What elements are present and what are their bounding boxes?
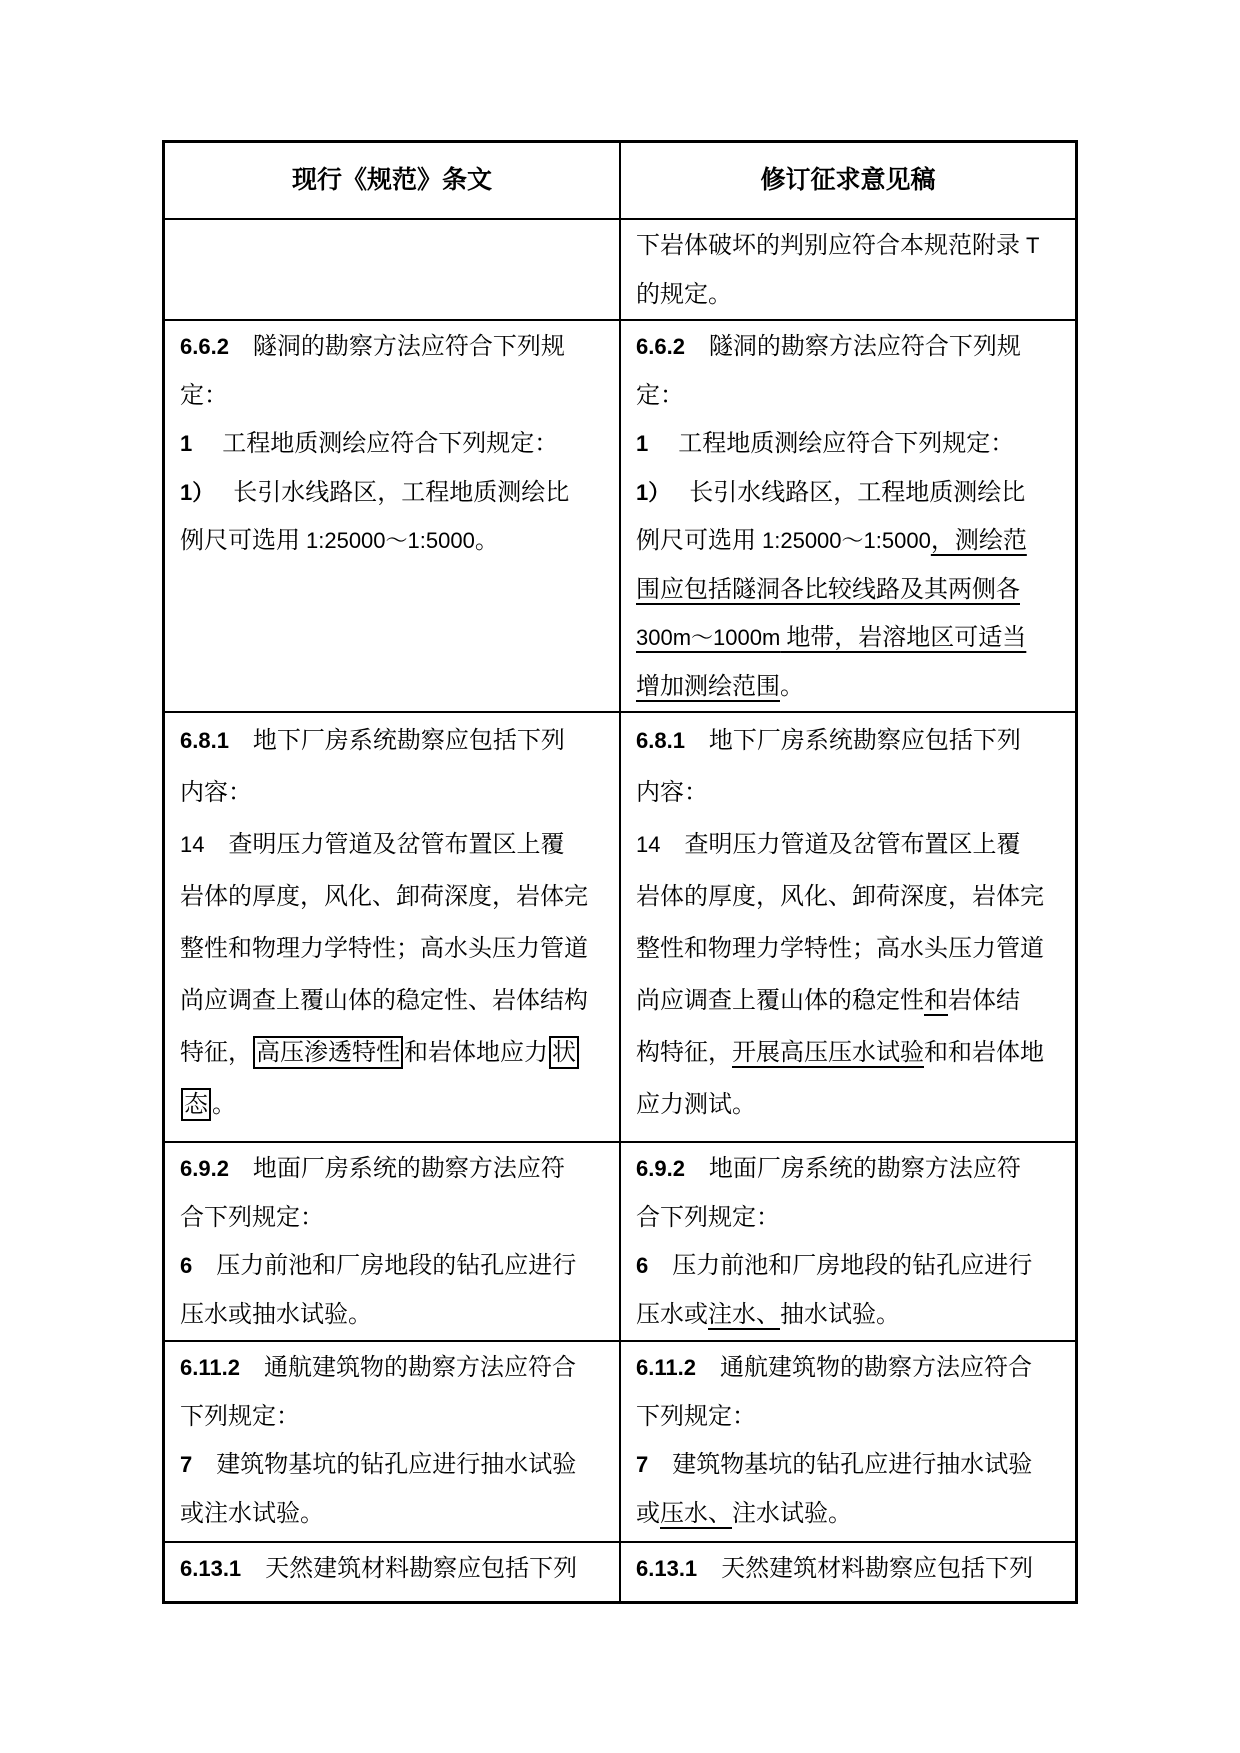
text-segment: 工程地质测绘应符合下列规定： (648, 431, 1014, 457)
comparison-table: 现行《规范》条文 修订征求意见稿 下岩体破坏的判别应符合本规范附录 T的规定。6… (162, 140, 1078, 1604)
text-segment: 整性和物理力学特性；高水头压力管道 (636, 936, 1044, 962)
text-segment: 6.6.2 (180, 334, 229, 359)
text-segment: 压力前池和厂房地段的钻孔应进行 (648, 1253, 1032, 1279)
text-segment: 内容： (636, 780, 708, 806)
text-segment: 查明压力管道及岔管布置区上覆 (204, 832, 564, 858)
text-segment: 14 (636, 832, 660, 857)
text-segment: 地下厂房系统勘察应包括下列 (685, 728, 1021, 754)
text-line: 应力测试。 (636, 1079, 1063, 1131)
text-segment: 压力前池和厂房地段的钻孔应进行 (192, 1253, 576, 1279)
text-line: 14 查明压力管道及岔管布置区上覆 (636, 819, 1063, 871)
text-segment: 工程地质测绘应符合下列规定： (192, 431, 558, 457)
text-segment: 长引水线路区，工程地质测绘比 (203, 480, 569, 506)
underlined-insertion: ，测绘范 (931, 528, 1027, 554)
text-segment: 6 (180, 1253, 192, 1278)
text-segment: 岩体的厚度，风化、卸荷深度，岩体完 (180, 884, 588, 910)
text-line: 定： (180, 372, 607, 421)
text-segment: 7 (180, 1452, 192, 1477)
cell-left (165, 220, 619, 319)
text-line: 300m～1000m 地带，岩溶地区可适当 (636, 614, 1063, 663)
text-segment: 和岩体地应力 (404, 1040, 548, 1066)
table-row: 6.13.1 天然建筑材料勘察应包括下列6.13.1 天然建筑材料勘察应包括下列 (165, 1541, 1075, 1601)
text-segment: 整性和物理力学特性；高水头压力管道 (180, 936, 588, 962)
text-segment: 1:25000～1:5000 (306, 528, 475, 553)
text-line: 岩体的厚度，风化、卸荷深度，岩体完 (636, 871, 1063, 923)
text-line: 7 建筑物基坑的钻孔应进行抽水试验 (636, 1441, 1063, 1490)
cell-left: 6.6.2 隧洞的勘察方法应符合下列规定：1 工程地质测绘应符合下列规定：1） … (165, 321, 619, 711)
text-line: 1 工程地质测绘应符合下列规定： (636, 420, 1063, 469)
text-segment: 1 (636, 431, 648, 456)
text-segment: 6.8.1 (636, 728, 685, 753)
cell-right: 下岩体破坏的判别应符合本规范附录 T的规定。 (619, 220, 1075, 319)
text-segment: 下列规定： (636, 1404, 756, 1430)
text-segment: 尚应调查上覆山体的稳定性 (636, 988, 924, 1014)
text-line: 或注水试验。 (180, 1490, 607, 1539)
text-segment: 长引水线路区，工程地质测绘比 (659, 480, 1025, 506)
boxed-text: 高压渗透特性 (253, 1036, 403, 1069)
text-line: 内容： (180, 767, 607, 819)
text-segment: 天然建筑材料勘察应包括下列 (697, 1556, 1033, 1582)
cell-left: 6.13.1 天然建筑材料勘察应包括下列 (165, 1543, 619, 1601)
text-segment: 1） (636, 480, 659, 505)
text-segment: 或 (636, 1501, 660, 1527)
text-segment: 或注水试验。 (180, 1501, 324, 1527)
document-page: 现行《规范》条文 修订征求意见稿 下岩体破坏的判别应符合本规范附录 T的规定。6… (0, 0, 1240, 1753)
underlined-insertion: 和 (924, 988, 948, 1014)
text-segment: 压水或 (636, 1302, 708, 1328)
cell-right: 6.6.2 隧洞的勘察方法应符合下列规定：1 工程地质测绘应符合下列规定：1） … (619, 321, 1075, 711)
text-segment: 和和岩体地 (924, 1040, 1044, 1066)
text-line: 6.9.2 地面厂房系统的勘察方法应符 (636, 1145, 1063, 1194)
text-segment: 地下厂房系统勘察应包括下列 (229, 728, 565, 754)
text-line: 构特征，开展高压压水试验和和岩体地 (636, 1027, 1063, 1079)
boxed-text: 状 (549, 1036, 579, 1069)
text-segment: 例尺可选用 (180, 528, 306, 554)
underlined-insertion: 地带，岩溶地区可适当 (780, 625, 1026, 651)
text-segment: 定： (180, 383, 228, 409)
text-line: 态。 (180, 1079, 607, 1131)
text-segment: 通航建筑物的勘察方法应符合 (696, 1355, 1032, 1381)
text-segment: 查明压力管道及岔管布置区上覆 (660, 832, 1020, 858)
text-segment: 。 (780, 674, 804, 700)
table-row: 6.6.2 隧洞的勘察方法应符合下列规定：1 工程地质测绘应符合下列规定：1） … (165, 319, 1075, 711)
text-line: 例尺可选用 1:25000～1:5000，测绘范 (636, 517, 1063, 566)
text-segment: 内容： (180, 780, 252, 806)
text-line: 岩体的厚度，风化、卸荷深度，岩体完 (180, 871, 607, 923)
text-segment: 天然建筑材料勘察应包括下列 (241, 1556, 577, 1582)
text-segment: 6.13.1 (636, 1556, 697, 1581)
text-segment: 合下列规定： (636, 1205, 780, 1231)
table-row: 6.11.2 通航建筑物的勘察方法应符合下列规定：7 建筑物基坑的钻孔应进行抽水… (165, 1340, 1075, 1541)
underlined-insertion: 围应包括隧洞各比较线路及其两侧各 (636, 577, 1020, 603)
text-line: 6.11.2 通航建筑物的勘察方法应符合 (636, 1344, 1063, 1393)
table-row: 6.8.1 地下厂房系统勘察应包括下列内容：14 查明压力管道及岔管布置区上覆岩… (165, 711, 1075, 1141)
table-row: 下岩体破坏的判别应符合本规范附录 T的规定。 (165, 218, 1075, 319)
text-segment: 6.11.2 (180, 1355, 240, 1380)
text-segment: 尚应调查上覆山体的稳定性、岩体结构 (180, 988, 588, 1014)
text-line: 7 建筑物基坑的钻孔应进行抽水试验 (180, 1441, 607, 1490)
text-segment: 。 (475, 528, 499, 554)
text-segment: 建筑物基坑的钻孔应进行抽水试验 (192, 1452, 576, 1478)
cell-left: 6.9.2 地面厂房系统的勘察方法应符合下列规定：6 压力前池和厂房地段的钻孔应… (165, 1143, 619, 1340)
header-current-clause: 现行《规范》条文 (165, 143, 619, 218)
text-line: 围应包括隧洞各比较线路及其两侧各 (636, 566, 1063, 615)
text-segment: 注水试验。 (732, 1501, 852, 1527)
text-segment: 6.9.2 (636, 1156, 685, 1181)
text-line: 6 压力前池和厂房地段的钻孔应进行 (180, 1242, 607, 1291)
text-segment: 14 (180, 832, 204, 857)
text-segment: 通航建筑物的勘察方法应符合 (240, 1355, 576, 1381)
text-line: 14 查明压力管道及岔管布置区上覆 (180, 819, 607, 871)
text-segment: 岩体结 (948, 988, 1020, 1014)
text-segment: 定： (636, 383, 684, 409)
cell-right: 6.13.1 天然建筑材料勘察应包括下列 (619, 1543, 1075, 1601)
text-line: 6.6.2 隧洞的勘察方法应符合下列规 (636, 323, 1063, 372)
text-segment: 隧洞的勘察方法应符合下列规 (229, 334, 565, 360)
text-line: 6.11.2 通航建筑物的勘察方法应符合 (180, 1344, 607, 1393)
text-segment: 例尺可选用 (636, 528, 762, 554)
text-line: 特征，高压渗透特性和岩体地应力状 (180, 1027, 607, 1079)
underlined-insertion: 增加测绘范围 (636, 674, 780, 700)
text-line: 1） 长引水线路区，工程地质测绘比 (636, 469, 1063, 518)
text-segment: 6.9.2 (180, 1156, 229, 1181)
text-segment: 1） (180, 480, 203, 505)
underlined-insertion: 300m～1000m (636, 625, 780, 650)
text-segment: 6.13.1 (180, 1556, 241, 1581)
text-segment: 岩体的厚度，风化、卸荷深度，岩体完 (636, 884, 1044, 910)
text-segment: 下岩体破坏的判别应符合本规范附录 (636, 233, 1026, 259)
text-line: 整性和物理力学特性；高水头压力管道 (180, 923, 607, 975)
text-segment: 隧洞的勘察方法应符合下列规 (685, 334, 1021, 360)
text-line: 合下列规定： (180, 1194, 607, 1243)
text-line: 整性和物理力学特性；高水头压力管道 (636, 923, 1063, 975)
text-segment: 。 (212, 1092, 236, 1118)
text-segment: 6.6.2 (636, 334, 685, 359)
text-segment: 特征， (180, 1040, 252, 1066)
text-line: 尚应调查上覆山体的稳定性和岩体结 (636, 975, 1063, 1027)
text-line: 下列规定： (180, 1393, 607, 1442)
underlined-insertion: 开展高压压水试验 (732, 1040, 924, 1066)
text-segment: T (1026, 233, 1039, 258)
text-segment: 1 (180, 431, 192, 456)
text-line: 尚应调查上覆山体的稳定性、岩体结构 (180, 975, 607, 1027)
text-segment: 建筑物基坑的钻孔应进行抽水试验 (648, 1452, 1032, 1478)
cell-left: 6.11.2 通航建筑物的勘察方法应符合下列规定：7 建筑物基坑的钻孔应进行抽水… (165, 1342, 619, 1541)
text-segment: 地面厂房系统的勘察方法应符 (685, 1156, 1021, 1182)
text-line: 6.13.1 天然建筑材料勘察应包括下列 (180, 1545, 607, 1594)
cell-right: 6.11.2 通航建筑物的勘察方法应符合下列规定：7 建筑物基坑的钻孔应进行抽水… (619, 1342, 1075, 1541)
text-segment: 6.8.1 (180, 728, 229, 753)
table-header-row: 现行《规范》条文 修订征求意见稿 (165, 143, 1075, 218)
text-segment: 的规定。 (636, 282, 732, 308)
cell-right: 6.8.1 地下厂房系统勘察应包括下列内容：14 查明压力管道及岔管布置区上覆岩… (619, 713, 1075, 1141)
text-line: 6.8.1 地下厂房系统勘察应包括下列 (636, 715, 1063, 767)
text-line: 6.13.1 天然建筑材料勘察应包括下列 (636, 1545, 1063, 1594)
text-segment: 1:25000～1:5000 (762, 528, 931, 553)
text-line: 增加测绘范围。 (636, 663, 1063, 712)
text-line: 压水或抽水试验。 (180, 1291, 607, 1340)
text-segment: 压水或抽水试验。 (180, 1302, 372, 1328)
text-segment: 合下列规定： (180, 1205, 324, 1231)
text-segment: 6 (636, 1253, 648, 1278)
text-line: 的规定。 (636, 271, 1063, 320)
cell-right: 6.9.2 地面厂房系统的勘察方法应符合下列规定：6 压力前池和厂房地段的钻孔应… (619, 1143, 1075, 1340)
text-segment: 7 (636, 1452, 648, 1477)
underlined-insertion: 注水、 (708, 1302, 780, 1328)
text-segment: 下列规定： (180, 1404, 300, 1430)
table-row: 6.9.2 地面厂房系统的勘察方法应符合下列规定：6 压力前池和厂房地段的钻孔应… (165, 1141, 1075, 1340)
text-line: 压水或注水、抽水试验。 (636, 1291, 1063, 1340)
text-line: 例尺可选用 1:25000～1:5000。 (180, 517, 607, 566)
text-line: 6 压力前池和厂房地段的钻孔应进行 (636, 1242, 1063, 1291)
boxed-text: 态 (181, 1088, 211, 1121)
text-line: 1） 长引水线路区，工程地质测绘比 (180, 469, 607, 518)
underlined-insertion: 压水、 (660, 1501, 732, 1527)
text-line: 合下列规定： (636, 1194, 1063, 1243)
text-line: 下岩体破坏的判别应符合本规范附录 T (636, 222, 1063, 271)
text-line: 内容： (636, 767, 1063, 819)
text-segment: 地面厂房系统的勘察方法应符 (229, 1156, 565, 1182)
text-segment: 抽水试验。 (780, 1302, 900, 1328)
text-line: 1 工程地质测绘应符合下列规定： (180, 420, 607, 469)
header-revision-draft: 修订征求意见稿 (619, 143, 1075, 218)
text-segment: 构特征， (636, 1040, 732, 1066)
text-line: 或压水、注水试验。 (636, 1490, 1063, 1539)
text-line: 下列规定： (636, 1393, 1063, 1442)
table-body: 下岩体破坏的判别应符合本规范附录 T的规定。6.6.2 隧洞的勘察方法应符合下列… (165, 218, 1075, 1601)
text-segment: 应力测试。 (636, 1092, 756, 1118)
text-line: 定： (636, 372, 1063, 421)
text-segment: 6.11.2 (636, 1355, 696, 1380)
text-line: 6.9.2 地面厂房系统的勘察方法应符 (180, 1145, 607, 1194)
text-line: 6.8.1 地下厂房系统勘察应包括下列 (180, 715, 607, 767)
text-line: 6.6.2 隧洞的勘察方法应符合下列规 (180, 323, 607, 372)
cell-left: 6.8.1 地下厂房系统勘察应包括下列内容：14 查明压力管道及岔管布置区上覆岩… (165, 713, 619, 1141)
